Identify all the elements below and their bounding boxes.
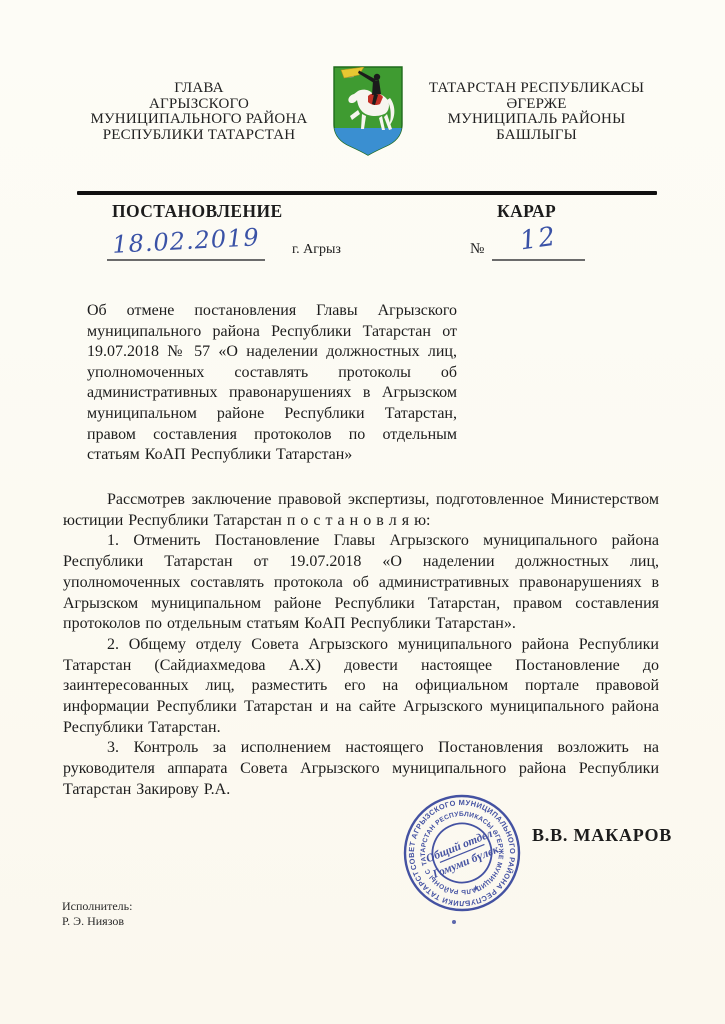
date-handwritten: 18.02.2019 (99, 223, 272, 260)
org-name-russian: ГЛАВА АГРЫЗСКОГО МУНИЦИПАЛЬНОГО РАЙОНА Р… (58, 81, 340, 143)
signature-name: В.В. МАКАРОВ (532, 825, 672, 846)
org-line: ТАТАРСТАН РЕСПУБЛИКАСЫ (415, 81, 658, 97)
org-line: АГРЫЗСКОГО (58, 97, 340, 113)
org-line: МУНИЦИПАЛЬ РАЙОНЫ (415, 112, 658, 128)
resolution-item-2: 2. Общему отделу Совета Агрызского муниц… (63, 635, 659, 739)
preamble: Рассмотрев заключение правовой экспертиз… (63, 490, 659, 531)
org-line: БАШЛЫГЫ (415, 128, 658, 144)
org-line: ГЛАВА (58, 81, 340, 97)
coat-of-arms-icon (330, 64, 406, 160)
doc-type-tatar: КАРАР (497, 201, 556, 222)
resolution-item-1: 1. Отменить Постановление Главы Агрызско… (63, 531, 659, 635)
executor-name: Р. Э. Ниязов (62, 914, 132, 929)
doc-title: Об отмене постановления Главы Агрызского… (87, 301, 457, 466)
number-sign: № (470, 241, 484, 258)
executor-block: Исполнитель: Р. Э. Ниязов (62, 899, 132, 928)
executor-label: Исполнитель: (62, 899, 132, 914)
org-line: РЕСПУБЛИКИ ТАТАРСТАН (58, 128, 340, 144)
doc-type-russian: ПОСТАНОВЛЕНИЕ (112, 201, 283, 222)
date-underline (107, 259, 265, 261)
header-divider-rule (77, 191, 657, 195)
org-name-tatar: ТАТАРСТАН РЕСПУБЛИКАСЫ ӘГЕРЖЕ МУНИЦИПАЛЬ… (415, 81, 658, 143)
number-handwritten: 12 (490, 218, 586, 261)
org-line: ӘГЕРЖЕ (415, 97, 658, 113)
org-line: МУНИЦИПАЛЬНОГО РАЙОНА (58, 112, 340, 128)
resolution-item-3: 3. Контроль за исполнением настоящего По… (63, 738, 659, 800)
scanned-decree-page: ГЛАВА АГРЫЗСКОГО МУНИЦИПАЛЬНОГО РАЙОНА Р… (0, 0, 725, 1024)
doc-body: Рассмотрев заключение правовой экспертиз… (63, 490, 659, 801)
place-label: г. Агрыз (292, 242, 341, 258)
number-underline (492, 259, 585, 261)
stamp-ink-dot (452, 920, 456, 924)
